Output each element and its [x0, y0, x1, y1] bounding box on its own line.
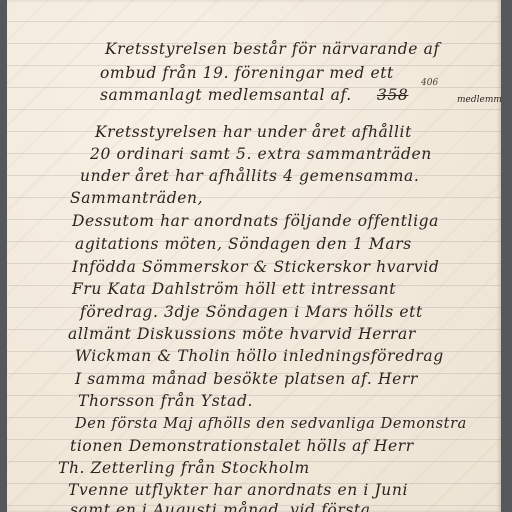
member-count-suffix: medlemmar [457, 96, 501, 105]
text-line-10: Infödda Sömmerskor & Stickerskor hvarvid [72, 260, 439, 276]
text-line-17: Den första Maj afhölls den sedvanliga De… [75, 417, 467, 432]
text-line-5: 20 ordinari samt 5. extra sammanträden [90, 147, 432, 163]
text-line-16: Thorsson från Ystad. [78, 394, 253, 410]
text-line-9: agitations möten, Söndagen den 1 Mars [75, 237, 412, 253]
text-line-18: tionen Demonstrationstalet hölls af Herr [70, 439, 414, 455]
text-line-21: samt en i Augusti månad, vid första [70, 503, 371, 512]
text-line-3: sammanlagt medlemsantal af. [100, 88, 352, 104]
text-line-6: under året har afhållits 4 gemensamma. [80, 169, 419, 185]
text-line-12: föredrag. 3dje Söndagen i Mars hölls ett [80, 305, 423, 321]
text-line-19: Th. Zetterling från Stockholm [58, 461, 310, 477]
member-count-struck: 358 [377, 88, 408, 104]
manuscript-page: Kretsstyrelsen består för närvarande af … [7, 0, 501, 512]
text-line-13: allmänt Diskussions möte hvarvid Herrar [68, 327, 416, 343]
text-line-20: Tvenne utflykter har anordnats en i Juni [68, 483, 408, 499]
text-line-8: Dessutom har anordnats följande offentli… [72, 214, 439, 230]
text-line-11: Fru Kata Dahlström höll ett intressant [72, 282, 396, 298]
text-line-14: Wickman & Tholin höllo inledningsföredra… [75, 349, 444, 365]
text-line-2: ombud från 19. föreningar med ett [100, 66, 394, 82]
text-line-7: Sammanträden, [70, 191, 203, 207]
text-line-4: Kretsstyrelsen har under året afhållit [95, 125, 412, 141]
member-count-correction: 406 [421, 78, 438, 88]
text-line-15: I samma månad besökte platsen af. Herr [75, 372, 418, 388]
text-line-1: Kretsstyrelsen består för närvarande af [105, 42, 440, 58]
